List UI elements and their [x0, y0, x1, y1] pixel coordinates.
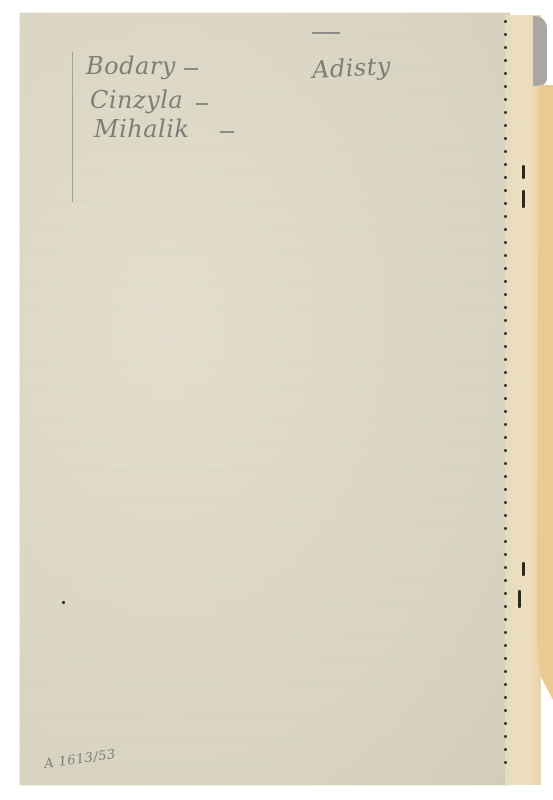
perforation-hole: [504, 85, 507, 88]
perforation-hole: [504, 59, 507, 62]
perforation-hole: [504, 748, 507, 751]
perforation-hole: [504, 631, 507, 634]
perforation-hole: [504, 228, 507, 231]
perforation-hole: [504, 657, 507, 660]
perforation-hole: [504, 319, 507, 322]
perforation-hole: [504, 202, 507, 205]
perforation-hole: [504, 722, 507, 725]
perforation-hole: [504, 150, 507, 153]
staple-slot: [522, 165, 525, 179]
perforation-hole: [504, 189, 507, 192]
perforation-hole: [504, 46, 507, 49]
perforation-hole: [504, 592, 507, 595]
perforation-hole: [504, 527, 507, 530]
handwritten-name-1: Bodary: [86, 52, 176, 80]
perforation-hole: [504, 163, 507, 166]
perforation-hole: [504, 397, 507, 400]
perforation-hole: [504, 332, 507, 335]
perforation-hole: [504, 605, 507, 608]
perforation-hole: [504, 644, 507, 647]
pencil-dash: [220, 131, 234, 133]
perforation-hole: [504, 670, 507, 673]
perforation-hole: [504, 618, 507, 621]
perforation-hole: [504, 20, 507, 23]
perforation-hole: [504, 696, 507, 699]
perforation-hole: [504, 683, 507, 686]
perforation-hole: [504, 98, 507, 101]
perforation-hole: [504, 475, 507, 478]
perforation-hole: [504, 280, 507, 283]
handwritten-note: Adisty: [311, 52, 391, 84]
pencil-dash: [312, 32, 340, 34]
perforation-hole: [504, 176, 507, 179]
perforation-hole: [504, 410, 507, 413]
perforation-hole: [504, 449, 507, 452]
perforation-hole: [504, 111, 507, 114]
perforation-hole: [504, 553, 507, 556]
perforation-hole: [504, 254, 507, 257]
perforation-hole: [504, 384, 507, 387]
perforation-hole: [504, 267, 507, 270]
staple-slot: [522, 190, 525, 208]
perforation-hole: [504, 436, 507, 439]
ink-speck: [62, 601, 65, 604]
perforation-hole: [504, 462, 507, 465]
perforation-hole: [504, 761, 507, 764]
perforation-hole: [504, 241, 507, 244]
perforation-hole: [504, 215, 507, 218]
perforation-hole: [504, 514, 507, 517]
perforation-hole: [504, 33, 507, 36]
pencil-dash: [184, 68, 198, 70]
glued-tab: [537, 85, 553, 700]
pencil-dash: [196, 103, 208, 105]
perforation-hole: [504, 72, 507, 75]
perforation-hole: [504, 579, 507, 582]
pencil-bracket: [72, 52, 79, 202]
staple-slot: [522, 562, 525, 576]
perforation-hole: [504, 501, 507, 504]
perforation-holes: [504, 20, 508, 780]
handwritten-name-3: Mihalik: [94, 115, 189, 143]
perforation-hole: [504, 293, 507, 296]
staple-slot: [518, 590, 521, 608]
perforation-hole: [504, 345, 507, 348]
attached-paper-strip: [505, 15, 541, 785]
folded-corner: [533, 16, 547, 86]
perforation-hole: [504, 735, 507, 738]
perforation-hole: [504, 306, 507, 309]
perforation-hole: [504, 423, 507, 426]
perforation-hole: [504, 709, 507, 712]
handwritten-name-2: Cinzyla: [90, 86, 183, 114]
perforation-hole: [504, 137, 507, 140]
perforation-hole: [504, 124, 507, 127]
perforation-hole: [504, 540, 507, 543]
perforation-hole: [504, 371, 507, 374]
perforation-hole: [504, 488, 507, 491]
perforation-hole: [504, 358, 507, 361]
perforation-hole: [504, 566, 507, 569]
